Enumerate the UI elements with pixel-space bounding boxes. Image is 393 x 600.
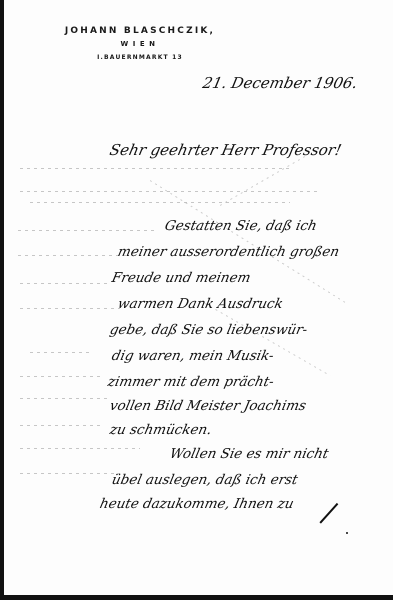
bleed-through-line — [20, 283, 110, 284]
body-line: Wollen Sie es mir nicht — [168, 446, 330, 462]
bleed-through-line — [20, 308, 120, 309]
bleed-through-line — [30, 202, 290, 203]
body-line: meiner ausserordentlich großen — [116, 244, 340, 260]
body-line: warmen Dank Ausdruck — [116, 296, 284, 312]
scan-border-bottom — [0, 595, 393, 600]
letterhead-name: JOHANN BLASCHCZIK, — [60, 26, 220, 37]
page-turn-mark — [319, 503, 338, 523]
bleed-through-line — [18, 255, 128, 256]
body-line: dig waren, mein Musik- — [110, 348, 275, 364]
bleed-through-line — [20, 425, 100, 426]
body-line: Gestatten Sie, daß ich — [163, 218, 318, 234]
body-line: gebe, daß Sie so liebenswür- — [108, 322, 309, 338]
bleed-through-line — [30, 352, 90, 353]
bleed-through-stroke — [220, 155, 307, 206]
bleed-through-line — [20, 168, 290, 169]
body-line: übel auslegen, daß ich erst — [110, 472, 299, 488]
body-line: zimmer mit dem prächt- — [106, 374, 275, 390]
letterhead: JOHANN BLASCHCZIK, WIEN I.BAUERNMARKT 13 — [60, 26, 220, 63]
bleed-through-line — [20, 448, 140, 449]
letter-salutation: Sehr geehrter Herr Professor! — [108, 141, 343, 159]
letterhead-city: WIEN — [60, 38, 220, 50]
body-line: vollen Bild Meister Joachims — [108, 398, 307, 414]
letter-date: 21. December 1906. — [201, 74, 359, 92]
bleed-through-line — [18, 230, 158, 231]
page-turn-dot — [346, 532, 348, 534]
body-line: zu schmücken. — [108, 422, 213, 438]
bleed-through-line — [20, 398, 110, 399]
bleed-through-line — [20, 376, 100, 377]
scan-border-left — [0, 0, 4, 600]
body-line: heute dazukomme, Ihnen zu — [98, 496, 295, 512]
letterhead-address: I.BAUERNMARKT 13 — [60, 53, 220, 63]
body-line: Freude und meinem — [110, 270, 252, 286]
bleed-through-line — [20, 473, 120, 474]
letter-page: JOHANN BLASCHCZIK, WIEN I.BAUERNMARKT 13… — [0, 0, 393, 600]
